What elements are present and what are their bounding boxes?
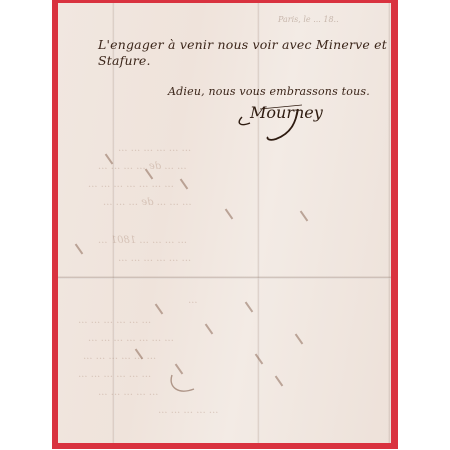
bleed-through-line: ... ... ... ... ... ... bbox=[78, 369, 151, 380]
fold-line-vertical-right bbox=[388, 3, 391, 443]
letter-line-1: L'engager à venir nous voir avec Minerve… bbox=[98, 37, 387, 52]
document-scan: Paris, le ... 18.. L'engager à venir nou… bbox=[0, 0, 450, 450]
letter-line-2: Stafure. bbox=[98, 53, 151, 68]
bleed-through-line: ... ... ... ... 1801 ... bbox=[98, 235, 187, 246]
bleed-through-line: ... ... ... ... ... ... ... bbox=[88, 333, 174, 344]
bleed-through-stroke bbox=[275, 376, 284, 387]
faded-header: Paris, le ... 18.. bbox=[278, 15, 339, 24]
bleed-through-curve bbox=[168, 373, 198, 397]
bleed-through-line: ... ... ... ... ... ... bbox=[83, 351, 156, 362]
letter-closing: Adieu, nous vous embrassons tous. bbox=[168, 85, 370, 98]
bleed-through-stroke bbox=[155, 304, 164, 315]
bleed-through-line: ... ... ... ... ... ... bbox=[78, 315, 151, 326]
fold-line-horizontal bbox=[58, 276, 391, 279]
bleed-through-line: ... ... ... ... ... ... ... bbox=[88, 179, 174, 190]
bleed-through-line: ... ... ... de ... ... ... bbox=[103, 197, 192, 208]
letter-paper: Paris, le ... 18.. L'engager à venir nou… bbox=[58, 3, 391, 443]
bleed-through-stroke bbox=[300, 211, 309, 222]
bleed-through-stroke bbox=[225, 209, 234, 220]
bleed-through-line: ... ... ... ... ... bbox=[98, 387, 158, 398]
bleed-through-stroke bbox=[245, 302, 254, 313]
bleed-through-stroke bbox=[205, 324, 214, 335]
bleed-through-title: ... bbox=[188, 295, 198, 306]
bleed-through-stroke bbox=[180, 179, 189, 190]
fold-line-vertical-middle bbox=[257, 3, 260, 443]
signature: Mourney bbox=[250, 103, 323, 122]
bleed-through-stroke bbox=[75, 244, 84, 255]
bleed-through-line: ... ... ... ... ... bbox=[158, 405, 218, 416]
bleed-through-line: ... ... ... ... ... ... bbox=[118, 143, 191, 154]
bleed-through-line: ... ... ... ... ... ... bbox=[118, 253, 191, 264]
bleed-through-stroke bbox=[295, 334, 304, 345]
